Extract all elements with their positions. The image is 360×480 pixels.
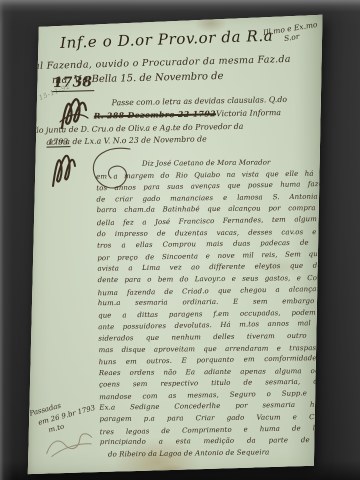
- dispatch-note: Passe com.o letra as devidas clausulas. …: [34, 93, 327, 150]
- photo-backdrop: 15-11-92 Inf.e o D.or Prov.or da R.a Ill…: [0, 0, 360, 480]
- petition-line: do Ribeiro da Lagoa de Antonio de Sequei…: [100, 446, 340, 461]
- manuscript-page: 15-11-92 Inf.e o D.or Prov.or da R.a Ill…: [0, 0, 360, 480]
- struck-registry-entry: R. 288 Dezembro 22 1792: [94, 109, 216, 120]
- despacho-heading-line3: ma. V.a Bella 15. de Novembro de 1738: [34, 68, 326, 91]
- paper-sheet: 15-11-92 Inf.e o D.or Prov.or da R.a Ill…: [26, 12, 324, 476]
- dispatch-line2-rest: Victoria Informa: [216, 107, 281, 121]
- petition-line: Reaes ordens não Ea adiante apenas algum…: [99, 366, 339, 380]
- petition-line: hum.a sesmaria ordinaria. E sem embargo …: [98, 296, 338, 310]
- petition-line: Diz José Caetano de Mora Morador: [96, 157, 336, 171]
- salutation: Ill.mo e Ex.mo S.or: [255, 19, 327, 48]
- rubric-flourish-mid-icon: [48, 146, 78, 190]
- petition-body: Diz José Caetano de Mora Moradorem a mar…: [96, 156, 340, 461]
- petition-line: do impresso de duzentas vacas, desses ca…: [97, 226, 337, 240]
- heading-date-prefix: ma. V.a Bella 15. de Novembro de: [52, 71, 224, 86]
